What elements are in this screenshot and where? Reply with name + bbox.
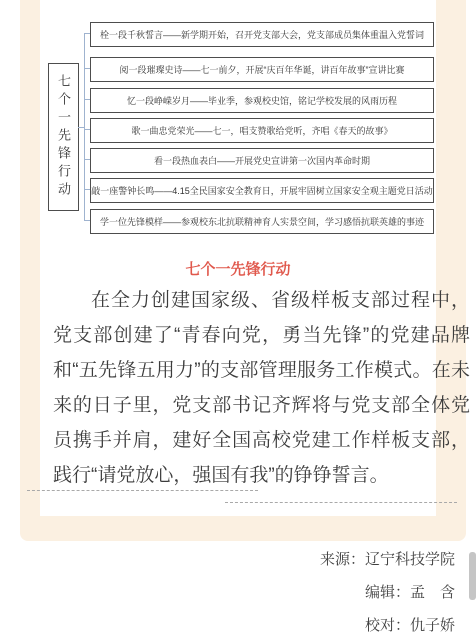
proofreader-line: 校对：仇子娇 bbox=[320, 609, 455, 642]
dashed-divider bbox=[27, 490, 258, 491]
scrollbar-thumb[interactable] bbox=[469, 552, 476, 600]
source-line: 来源：辽宁科技学院 bbox=[320, 543, 455, 576]
connector-line bbox=[78, 127, 84, 128]
diagram-item-6: 敲一座警钟长鸣——4.15全民国家安全教育日，开展牢固树立国家安全观主题党日活动 bbox=[90, 178, 434, 203]
section-title: 七个一先锋行动 bbox=[40, 258, 436, 279]
diagram-item-5: 看一段热血表白——开展党史宣讲第一次国内革命时期 bbox=[90, 148, 434, 173]
diagram-item-7: 学一位先锋模样——参观校东北抗联精神育人实景空间，学习感悟抗联英雄的事迹 bbox=[90, 209, 434, 234]
seven-actions-diagram: 七个一先锋行动 栓一段千秋誓言——新学期开始，召开党支部大会，党支部成员集体重温… bbox=[40, 0, 436, 240]
editor-line: 编辑：孟 含 bbox=[320, 576, 455, 609]
article-content: 七个一先锋行动 栓一段千秋誓言——新学期开始，召开党支部大会，党支部成员集体重温… bbox=[40, 0, 436, 516]
diagram-item-2: 阅一段璀璨史诗——七一前夕，开展“庆百年华诞，讲百年故事”宣讲比赛 bbox=[90, 57, 434, 82]
diagram-root-label: 七个一先锋行动 bbox=[48, 63, 79, 211]
diagram-item-1: 栓一段千秋誓言——新学期开始，召开党支部大会，党支部成员集体重温入党誓词 bbox=[90, 22, 434, 47]
article-paragraph: 在全力创建国家级、省级样板支部过程中，党支部创建了“青春向党，勇当先锋”的党建品… bbox=[53, 283, 470, 493]
dashed-divider bbox=[225, 502, 457, 503]
article-card: 七个一先锋行动 栓一段千秋誓言——新学期开始，召开党支部大会，党支部成员集体重温… bbox=[20, 0, 466, 541]
connector-line bbox=[84, 33, 85, 221]
diagram-item-3: 忆一段峥嵘岁月——毕业季，参观校史馆，铭记学校发展的风雨历程 bbox=[90, 88, 434, 113]
attribution-block: 来源：辽宁科技学院 编辑：孟 含 校对：仇子娇 bbox=[320, 543, 455, 642]
diagram-item-4: 歌一曲忠党荣光——七一，唱支赞歌给党听，齐唱《春天的故事》 bbox=[90, 118, 434, 143]
